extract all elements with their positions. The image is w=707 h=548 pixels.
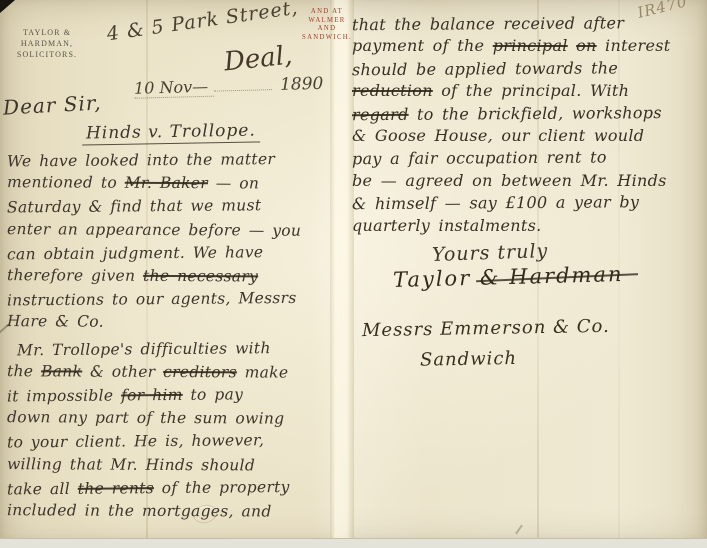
- addressee-town: Sandwich: [420, 346, 610, 370]
- letter-line: therefore given the necessary: [7, 264, 337, 289]
- addressee-block: Messrs Emmerson & Co. Sandwich: [362, 318, 610, 369]
- date-line: 10 Nov—1890: [134, 73, 344, 98]
- case-title: Hinds v. Trollope.: [82, 120, 260, 143]
- date-dotted-rule: [214, 89, 272, 92]
- letter-body-left-page: We have looked into the mattermentioned …: [7, 149, 337, 523]
- letterhead-street: 4 & 5 Park Street,: [105, 0, 299, 45]
- date-year: 1890: [280, 74, 324, 95]
- letter-line: We have looked into the matter: [7, 148, 337, 174]
- scan-corner-shadow: [0, 0, 15, 13]
- letter-line: Hare & Co.: [7, 311, 337, 336]
- closing-valediction: Yours truly: [432, 240, 549, 266]
- letter-line: the Bank & other creditors make: [7, 360, 337, 385]
- letter-line: & Goose House, our client would: [352, 125, 704, 147]
- letter-line: willing that Mr. Hinds should: [7, 453, 337, 478]
- letter-line: be — agreed on between Mr. Hinds: [352, 170, 704, 192]
- letterhead-town: Deal,: [223, 41, 294, 78]
- letter-line: take all the rents of the property: [7, 475, 337, 501]
- letter-line: pay a fair occupation rent to: [352, 146, 704, 171]
- signature: Taylor & Hardman: [393, 262, 624, 292]
- letter-line: mentioned to Mr. Baker — on: [7, 171, 337, 196]
- letter-line: regard to the brickfield, workshops: [352, 101, 704, 126]
- letter-line: it impossible for him to pay: [7, 383, 337, 409]
- letter-line: & himself — say £100 a year by: [352, 191, 704, 216]
- scanned-letter: Taylor & Hardman, Solicitors. And atWalm…: [0, 0, 707, 548]
- letter-line: reduction of the principal. With: [352, 80, 704, 102]
- letter-line: enter an appearance before — you: [7, 218, 337, 243]
- letter-line: quarterly instalments.: [352, 215, 704, 237]
- letter-line: to your client. He is, however,: [7, 429, 337, 455]
- letter-line: Saturday & find that we must: [7, 194, 337, 220]
- letter-line: should be applied towards the: [352, 57, 704, 82]
- pencil-mark: [515, 524, 523, 534]
- letter-body-right-page: that the balance received afterpayment o…: [352, 13, 704, 237]
- branch-offices-stamp: And atWalmerandSandwich.: [295, 8, 359, 42]
- letter-line: included in the mortgages, and: [7, 499, 337, 524]
- salutation: Dear Sir,: [2, 90, 102, 119]
- letter-line: that the balance received after: [352, 12, 704, 37]
- letter-line: payment of the principal on interest: [352, 35, 704, 57]
- stamp-line: And at: [295, 8, 359, 17]
- stamp-line: Sandwich.: [295, 34, 359, 43]
- letter-line: can obtain judgment. We have: [7, 240, 337, 266]
- addressee-name: Messrs Emmerson & Co.: [362, 316, 610, 341]
- case-title-text: Hinds v. Trollope.: [82, 120, 260, 145]
- scan-bottom-edge: [0, 538, 707, 548]
- letterhead-firm: Taylor & Hardman, Solicitors.: [3, 27, 91, 60]
- letter-line: instructions to our agents, Messrs: [7, 287, 337, 313]
- stamp-line: and: [295, 25, 359, 34]
- letter-line: down any part of the sum owing: [7, 406, 337, 431]
- date-day-month: 10 Nov—: [134, 77, 215, 99]
- stamp-line: Walmer: [295, 17, 359, 26]
- letter-line: Mr. Trollope's difficulties with: [7, 336, 337, 362]
- firm-role: Solicitors.: [3, 49, 91, 60]
- firm-name: Taylor & Hardman,: [3, 27, 91, 49]
